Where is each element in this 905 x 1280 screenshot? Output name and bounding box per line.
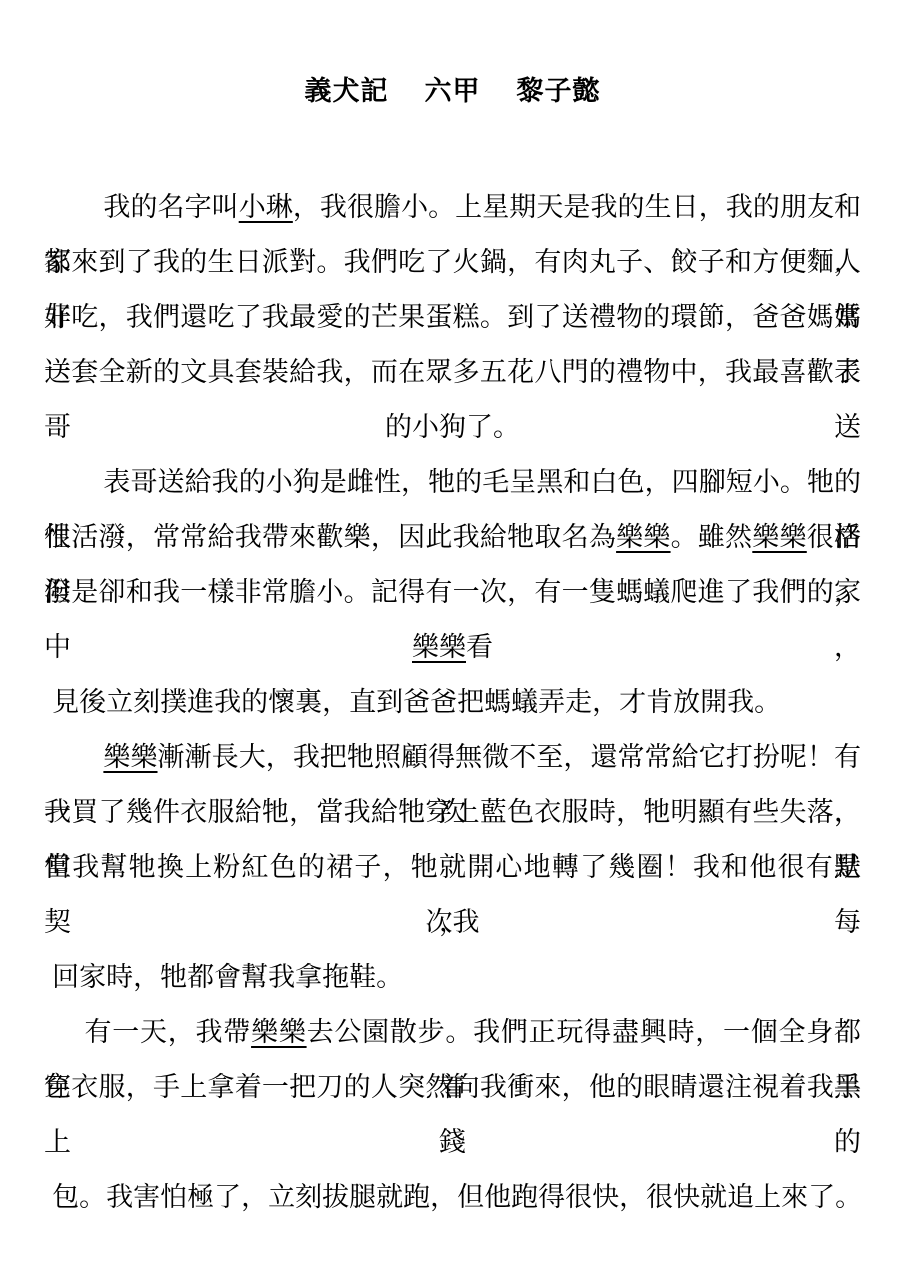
underlined-name: 樂樂 xyxy=(251,1017,307,1048)
text-line: 見後立刻撲進我的懷裏，直到爸爸把螞蟻弄走，才肯放開我。 xyxy=(44,675,861,730)
text-segment: 看 xyxy=(466,632,493,663)
underlined-name: 樂樂 xyxy=(412,632,466,663)
title-author-name: 黎子懿 xyxy=(517,76,601,107)
underlined-name: 樂樂 xyxy=(103,742,157,773)
text-line: 但是卻和我一樣非常膽小。記得有一次，有一隻螞蟻爬進了我們的家中， xyxy=(44,565,861,620)
text-line: 很活潑，常常給我帶來歡樂，因此我給牠取名為樂樂。雖然樂樂很活潑， xyxy=(44,510,861,565)
document-body: 我的名字叫小琳，我很膽小。上星期天是我的生日，我的朋友和家人都來到了我的生日派對… xyxy=(44,180,861,1225)
text-line: 樂樂漸漸長大，我把牠照顧得無微不至，還常常給它打扮呢！有一次， xyxy=(44,730,861,785)
title-class-name: 六甲 xyxy=(425,76,481,107)
underlined-name: 小琳 xyxy=(239,192,293,223)
text-line: 一套全新的文具套裝給我，而在眾多五花八門的禮物中，我最喜歡表哥送 xyxy=(44,345,861,400)
text-segment: 見後立刻撲進我的懷裏，直到爸爸把螞蟻弄走，才肯放開我。 xyxy=(52,687,781,718)
text-segment: 我的名字叫 xyxy=(103,192,238,223)
text-line: 好吃，我們還吃了我最愛的芒果蛋糕。到了送禮物的環節，爸爸媽媽送了 xyxy=(44,290,861,345)
text-segment: 錢 xyxy=(439,1127,466,1158)
text-segment: 包。我害怕極了，立刻拔腿就跑，但他跑得很快，很快就追上來了。 xyxy=(52,1182,862,1213)
document-title: 義犬記六甲黎子懿 xyxy=(44,72,861,112)
text-line: 我買了幾件衣服給牠，當我給牠穿上藍色衣服時，牠明顯有些失落，但是 xyxy=(44,785,861,840)
text-line: 回家時，牠都會幫我拿拖鞋。 xyxy=(44,950,861,1005)
document-page: 義犬記六甲黎子懿 我的名字叫小琳，我很膽小。上星期天是我的生日，我的朋友和家人都… xyxy=(0,0,905,1280)
underlined-name: 樂樂 xyxy=(616,522,670,553)
text-segment: 次我 xyxy=(426,907,480,938)
text-segment: 。雖然 xyxy=(671,522,753,553)
title-essay-name: 義犬記 xyxy=(305,76,389,107)
text-line: 當我幫牠換上粉紅色的裙子，牠就開心地轉了幾圈！我和他很有默契，每 xyxy=(44,840,861,895)
text-line: 我的名字叫小琳，我很膽小。上星期天是我的生日，我的朋友和家人 xyxy=(44,180,861,235)
text-segment: 很活潑，常常給我帶來歡樂，因此我給牠取名為 xyxy=(44,522,616,553)
text-line: 表哥送給我的小狗是雌性，牠的毛呈黑和白色，四腳短小。牠的性格 xyxy=(44,455,861,510)
text-line: 都來到了我的生日派對。我們吃了火鍋，有肉丸子、餃子和方便麵，非常 xyxy=(44,235,861,290)
text-line: 包。我害怕極了，立刻拔腿就跑，但他跑得很快，很快就追上來了。 xyxy=(44,1170,861,1225)
text-line: 有一天，我帶樂樂去公園散步。我們正玩得盡興時，一個全身都穿着黑 xyxy=(44,1005,861,1060)
text-segment: 回家時，牠都會幫我拿拖鞋。 xyxy=(52,962,403,993)
text-line: 色衣服，手上拿着一把刀的人突然向我衝來，他的眼睛還注視着我手上的 xyxy=(44,1060,861,1115)
text-segment: 有一天，我帶 xyxy=(85,1017,252,1048)
text-segment: 的小狗了。 xyxy=(385,412,520,443)
underlined-name: 樂樂 xyxy=(752,522,806,553)
